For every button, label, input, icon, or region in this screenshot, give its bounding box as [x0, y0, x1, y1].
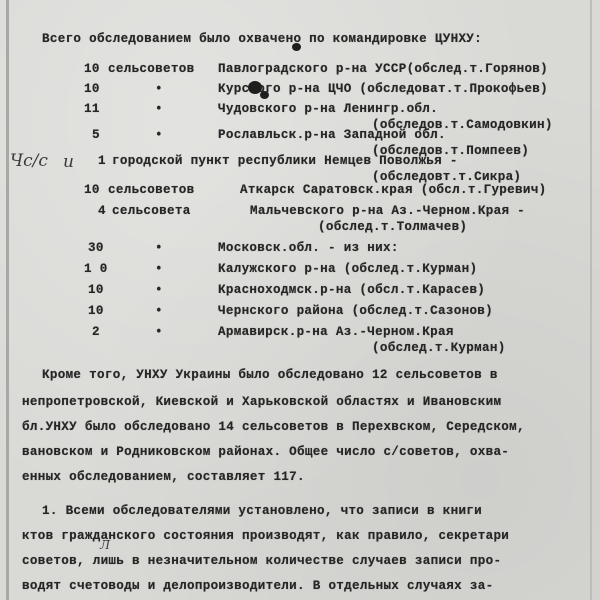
item-unit: сельсоветов: [108, 183, 194, 197]
item-text: Красноходмск.р-на (обсл.т.Карасев): [218, 283, 485, 297]
item-count: 30: [88, 241, 104, 255]
item-text: Рославльск.р-на Западной обл.: [218, 128, 446, 142]
item-count: 10: [88, 283, 104, 297]
paragraph-line: ктов гражданского состояния производят, …: [22, 529, 509, 543]
page-edge-right: [590, 0, 592, 600]
item-count: 10: [84, 82, 100, 96]
item-count: 5: [92, 128, 100, 142]
item-count: 1 0: [84, 262, 108, 276]
item-text: Чернского района (обслед.т.Сазонов): [218, 304, 493, 318]
item-surveyor: (обслед.т.Толмачев): [318, 220, 467, 234]
paragraph-line: бл.УНХУ было обследовано 14 сельсоветов …: [22, 420, 525, 434]
item-unit: •: [155, 241, 163, 255]
item-text: Калужского р-на (обслед.т.Курман): [218, 262, 477, 276]
item-count: 4: [98, 204, 106, 218]
paragraph-line: вановском и Родниковском районах. Общее …: [22, 445, 509, 459]
paragraph-line: енных обследованием, составляет 117.: [22, 470, 305, 484]
item-text: Аткарск Саратовск.края (обсл.т.Гуревич): [240, 183, 546, 197]
paragraph-line: Кроме того, УНХУ Украины было обследован…: [42, 368, 498, 382]
handwritten-mark: и: [63, 152, 74, 172]
ink-blot: [260, 91, 269, 99]
ink-blot: [292, 43, 301, 51]
paragraph-line: советов, лишь в незначительном количеств…: [22, 554, 501, 568]
paragraph-line: водят счетоводы и делопроизводители. В о…: [22, 579, 493, 593]
item-text: Армавирск.р-на Аз.-Черном.Края: [218, 325, 454, 339]
document-heading: Всего обследованием было охвачено по ком…: [42, 32, 482, 46]
paragraph-line: 1. Всеми обследователями установлено, чт…: [42, 504, 482, 518]
item-surveyor: (обслед.т.Курман): [372, 341, 506, 355]
item-unit: •: [155, 325, 163, 339]
item-unit: •: [155, 128, 163, 142]
item-count: 2: [92, 325, 100, 339]
item-text: Московск.обл. - из них:: [218, 241, 399, 255]
item-unit: •: [155, 82, 163, 96]
item-count: 11: [84, 102, 100, 116]
item-count: 10: [84, 62, 100, 76]
page-edge-left: [6, 0, 9, 600]
item-text: Чудовского р-на Ленингр.обл.: [218, 102, 438, 116]
document-page: Всего обследованием было охвачено по ком…: [0, 0, 600, 600]
item-text: Павлоградского р-на УССР(обслед.т.Горяно…: [218, 62, 548, 76]
item-unit: •: [155, 102, 163, 116]
item-count: 1: [98, 154, 106, 168]
item-text: Мальчевского р-на Аз.-Черном.Края -: [250, 204, 525, 218]
item-unit: •: [155, 304, 163, 318]
paragraph-line: непропетровской, Киевской и Харьковской …: [22, 395, 501, 409]
item-text: городской пункт республики Немцев Поволж…: [112, 154, 458, 168]
item-unit: сельсовета: [112, 204, 191, 218]
handwritten-margin-note: Чс/с: [10, 151, 48, 171]
item-unit: •: [155, 283, 163, 297]
item-surveyor: (обследовт.т.Сикра): [372, 170, 521, 184]
item-count: 10: [84, 183, 100, 197]
item-count: 10: [88, 304, 104, 318]
item-unit: •: [155, 262, 163, 276]
item-unit: сельсоветов: [108, 62, 194, 76]
